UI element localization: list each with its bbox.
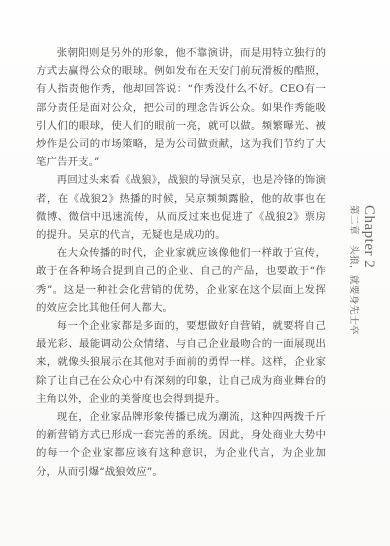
chapter-side-tab: Chapter 2 第二章 头狼，就要身先士卒 (338, 205, 378, 325)
paragraph-wu-jing: 再回过头来看《战狼》，战狼的导演吴京，也是冷锋的饰演者，在《战狼2》热播的时候，… (36, 171, 326, 244)
chapter-title-cn: 第二章 头狼，就要身先士卒 (346, 205, 360, 335)
book-page: 张朝阳则是另外的形象，他不靠演讲，而是用特立独行的方式去赢得公众的眼球。例如发布… (0, 0, 390, 546)
chapter-side-tab-rotated: Chapter 2 第二章 头狼，就要身先士卒 (346, 205, 378, 335)
chapter-label-en: Chapter 2 (360, 205, 378, 335)
paragraph-conclusion: 现在，企业家品牌形象传播已成为潮流，这种四两拨千斤的新营销方式已形成一套完善的系… (36, 408, 326, 481)
body-text: 张朝阳则是另外的形象，他不靠演讲，而是用特立独行的方式去赢得公众的眼球。例如发布… (36, 44, 326, 481)
paragraph-multifaceted-entrepreneur: 每一个企业家都是多面的，要想做好自营销，就要将自己最光彩、最能调动公众情绪、与自… (36, 317, 326, 408)
paragraph-zhang-chaoyang: 张朝阳则是另外的形象，他不靠演讲，而是用特立独行的方式去赢得公众的眼球。例如发布… (36, 44, 326, 171)
paragraph-mass-communication: 在大众传播的时代，企业家就应该像他们一样敢于宣传，敢于在各种场合提到自己的企业、… (36, 244, 326, 317)
